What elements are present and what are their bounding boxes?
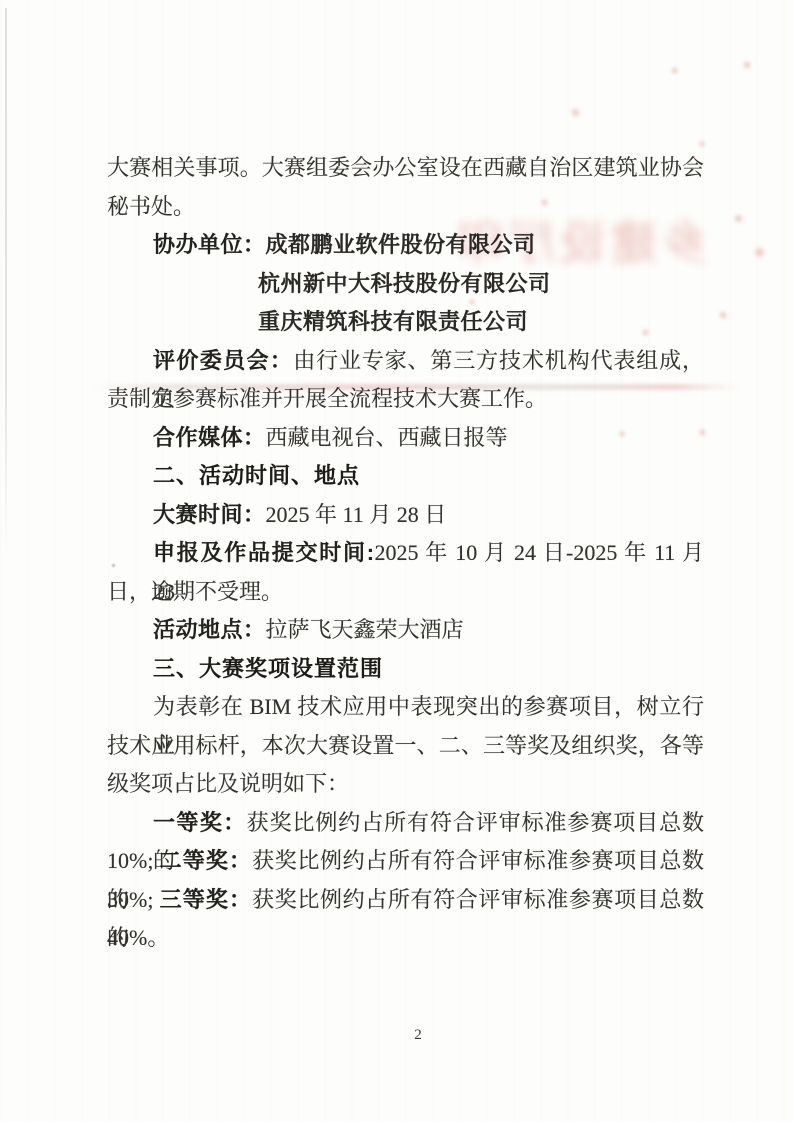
section-heading-text: 三、大赛奖项设置范围: [153, 656, 383, 681]
co-organizer-line: 协办单位：成都鹏业软件股份有限公司: [107, 226, 704, 265]
scan-speckle: [570, 107, 581, 118]
contest-time-label: 大赛时间：: [153, 502, 266, 527]
media-partner-line: 合作媒体：西藏电视台、西藏日报等: [107, 419, 704, 458]
first-prize-line: 一等奖：获奖比例约占所有符合评审标准参赛项目总数的: [107, 804, 704, 843]
co-organizer-line: 杭州新中大科技股份有限公司: [107, 265, 704, 304]
body-text: 级奖项占比及说明如下：: [107, 771, 349, 796]
body-text: 西藏电视台、西藏日报等: [266, 425, 508, 450]
scan-speckle: [718, 310, 728, 320]
submission-time-line: 申报及作品提交时间:2025 年 10 月 24 日-2025 年 11 月 2…: [107, 534, 704, 573]
paragraph-line: 技术应用标杆，本次大赛设置一、二、三等奖及组织奖，各等: [107, 727, 704, 766]
scan-speckle: [698, 140, 706, 148]
second-prize-percent: 30%;: [107, 887, 160, 912]
venue-label: 活动地点：: [153, 617, 266, 642]
co-organizer-name: 成都鹏业软件股份有限公司: [266, 232, 536, 257]
co-organizer-label: 协办单位：: [153, 232, 266, 257]
paragraph-line: 大赛相关事项。大赛组委会办公室设在西藏自治区建筑业协会: [107, 149, 704, 188]
contest-time-value: 2025 年 11 月 28 日: [266, 502, 447, 527]
co-organizer-name: 杭州新中大科技股份有限公司: [258, 271, 551, 296]
scan-speckle: [742, 60, 752, 70]
paragraph-line: 40%。: [107, 919, 704, 958]
section-heading-text: 二、活动时间、地点: [153, 463, 360, 488]
media-partner-label: 合作媒体：: [153, 425, 266, 450]
scan-speckle: [670, 66, 679, 75]
evaluation-committee-line: 评价委员会：由行业专家、第三方技术机构代表组成，负: [107, 342, 704, 381]
venue-line: 活动地点：拉萨飞天鑫荣大酒店: [107, 611, 704, 650]
body-text: 秘书处。: [107, 194, 195, 219]
second-prize-label: 二等奖：: [160, 848, 253, 873]
paragraph-line: 级奖项占比及说明如下：: [107, 765, 704, 804]
submission-time-label: 申报及作品提交时间:: [153, 540, 375, 565]
page-number: 2: [404, 1027, 432, 1044]
third-prize-percent: 40%。: [107, 925, 169, 950]
first-prize-label: 一等奖：: [153, 810, 247, 835]
document-text-block: 大赛相关事项。大赛组委会办公室设在西藏自治区建筑业协会 秘书处。 协办单位：成都…: [107, 149, 704, 958]
document-page: 乡建设厅印 大赛相关事项。大赛组委会办公室设在西藏自治区建筑业协会 秘书处。 协…: [0, 0, 794, 1122]
paragraph-line: 为表彰在 BIM 技术应用中表现突出的参赛项目，树立行业: [107, 688, 704, 727]
venue-value: 拉萨飞天鑫荣大酒店: [266, 617, 464, 642]
second-prize-line: 10%; 二等奖：获奖比例约占所有符合评审标准参赛项目总数的: [107, 842, 704, 881]
paragraph-line: 日，逾期不受理。: [107, 573, 704, 612]
third-prize-label: 三等奖：: [160, 887, 253, 912]
body-text: 日，逾期不受理。: [107, 579, 283, 604]
section-heading-2: 二、活动时间、地点: [107, 457, 704, 496]
body-text: 大赛相关事项。大赛组委会办公室设在西藏自治区建筑业协会: [107, 155, 704, 180]
section-heading-3: 三、大赛奖项设置范围: [107, 650, 704, 689]
scan-speckle: [753, 246, 766, 259]
body-text: 技术应用标杆，本次大赛设置一、二、三等奖及组织奖，各等: [107, 733, 704, 758]
contest-time-line: 大赛时间：2025 年 11 月 28 日: [107, 496, 704, 535]
first-prize-percent: 10%;: [107, 848, 160, 873]
paragraph-line: 秘书处。: [107, 188, 704, 227]
body-text: 责制定参赛标准并开展全流程技术大赛工作。: [107, 386, 547, 411]
scan-speckle: [733, 213, 744, 224]
evaluation-committee-label: 评价委员会：: [153, 348, 293, 373]
co-organizer-line: 重庆精筑科技有限责任公司: [107, 303, 704, 342]
paragraph-line: 责制定参赛标准并开展全流程技术大赛工作。: [107, 380, 704, 419]
scan-edge-line: [5, 8, 7, 553]
co-organizer-name: 重庆精筑科技有限责任公司: [258, 309, 528, 334]
third-prize-line: 30%; 三等奖：获奖比例约占所有符合评审标准参赛项目总数的: [107, 881, 704, 920]
